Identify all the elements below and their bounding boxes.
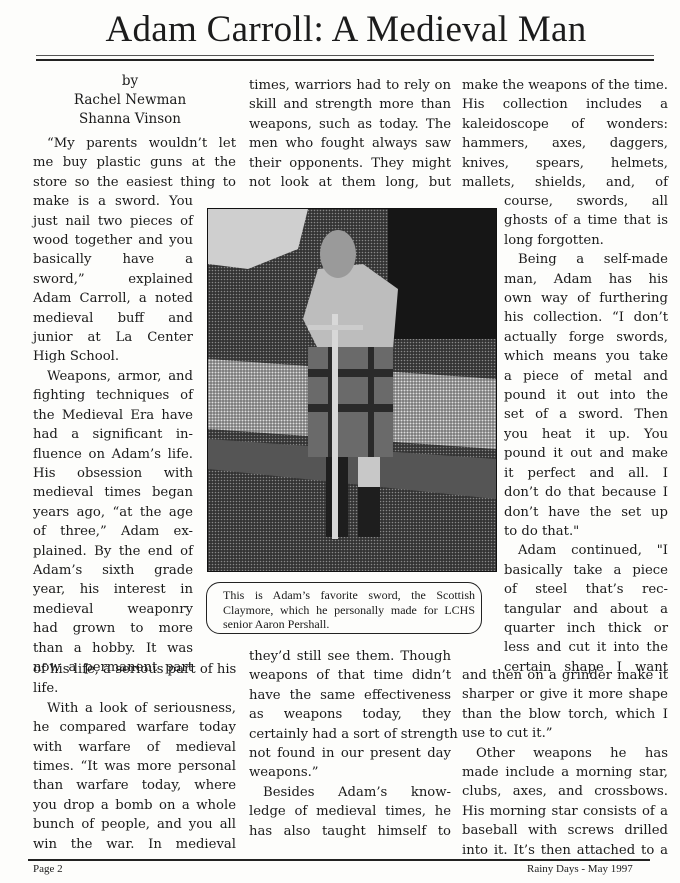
text-line: junior at La Center xyxy=(33,328,193,347)
text-line: pound it out and make xyxy=(504,444,668,463)
byline-by: by xyxy=(50,72,210,91)
text-line: use to cut it.” xyxy=(462,724,668,743)
text-line: fighting techniques of xyxy=(33,386,193,405)
byline-author-1: Rachel Newman xyxy=(50,91,210,110)
text-line: hammers, axes, daggers, xyxy=(462,134,668,153)
text-line: you heat it up. You xyxy=(504,425,668,444)
text-line: certainly had a sort of strength xyxy=(249,725,451,744)
text-line: men who fought always saw xyxy=(249,134,451,153)
text-line: His morning star consists of a xyxy=(462,802,668,821)
text-line: course, swords, all xyxy=(504,192,668,211)
text-line: medieval times began xyxy=(33,483,193,502)
column-2-lower: they’d still see them. Thoughweapons of … xyxy=(249,647,451,841)
text-line: times, warriors had to rely on xyxy=(249,76,451,95)
byline: by Rachel Newman Shanna Vinson xyxy=(50,72,210,129)
text-line: win the war. In medieval xyxy=(33,835,236,854)
text-line: own way of furthering xyxy=(504,289,668,308)
text-line: ghosts of a time that is xyxy=(504,211,668,230)
text-line: knives, spears, helmets, xyxy=(462,154,668,173)
text-line: Being a self-made xyxy=(504,250,668,269)
article-photo xyxy=(207,208,497,572)
text-line: His collection includes a xyxy=(462,95,668,114)
text-line: long forgotten. xyxy=(504,231,668,250)
text-line: years ago, “at the age xyxy=(33,503,193,522)
text-line: bunch of people, and you all xyxy=(33,815,236,834)
text-line: Other weapons he has xyxy=(462,744,668,763)
text-line: not found in our present day xyxy=(249,744,451,763)
text-line: a piece of metal and xyxy=(504,367,668,386)
text-line: than a hobby. It was xyxy=(33,639,193,658)
text-line: me buy plastic guns at the xyxy=(33,153,236,172)
text-line: plained. By the end of xyxy=(33,542,193,561)
text-line: Adam Carroll, a noted xyxy=(33,289,193,308)
text-line: clubs, axes, and crossbows. xyxy=(462,782,668,801)
text-line: they’d still see them. Though xyxy=(249,647,451,666)
photo-caption-box: This is Adam’s favorite sword, the Scott… xyxy=(206,582,482,634)
text-line: set of a sword. Then xyxy=(504,405,668,424)
text-line: with warfare of medieval xyxy=(33,738,236,757)
text-line: Adam continued, "I xyxy=(504,541,668,560)
text-line: less and cut it into the xyxy=(504,638,668,657)
text-line: and then on a grinder make it xyxy=(462,666,668,685)
photo-caption: This is Adam’s favorite sword, the Scott… xyxy=(223,588,475,632)
text-line: you drop a bomb on a whole xyxy=(33,796,236,815)
column-3-lower: and then on a grinder make itsharper or … xyxy=(462,666,668,860)
text-line: sharper or give it more shape xyxy=(462,685,668,704)
text-line: fluence on Adam’s life. xyxy=(33,445,193,464)
text-line: to do that." xyxy=(504,522,668,541)
text-line: make the weapons of the time. xyxy=(462,76,668,95)
text-line: the Medieval Era have xyxy=(33,406,193,425)
text-line: which means you take xyxy=(504,347,668,366)
article-title: Adam Carroll: A Medieval Man xyxy=(36,8,656,52)
photo-sword-claymore xyxy=(208,209,496,571)
column-2-upper: times, warriors had to rely onskill and … xyxy=(249,76,451,192)
text-line: than the blow torch, which I xyxy=(462,705,668,724)
text-line: tangular and about a xyxy=(504,600,668,619)
text-line: His obsession with xyxy=(33,464,193,483)
column-3-upper: make the weapons of the time.His collect… xyxy=(462,76,668,192)
text-line: make is a sword. You xyxy=(33,192,193,211)
title-rule-thin xyxy=(36,55,654,56)
text-line: weapons of that time didn’t xyxy=(249,666,451,685)
text-line: skill and strength more than xyxy=(249,95,451,114)
text-line: don’t have the set up xyxy=(504,503,668,522)
text-line: had grown to more xyxy=(33,619,193,638)
text-line: life. xyxy=(33,679,236,698)
title-rule-thick xyxy=(36,59,654,61)
text-line: Adam’s sixth grade xyxy=(33,561,193,580)
text-line: has also taught himself to xyxy=(249,822,451,841)
text-line: Weapons, armor, and xyxy=(33,367,193,386)
text-line: not look at them long, but xyxy=(249,173,451,192)
text-line: basically take a piece xyxy=(504,561,668,580)
text-line: made include a morning star, xyxy=(462,763,668,782)
column-3-middle: course, swords, allghosts of a time that… xyxy=(504,192,668,677)
publication-date: Rainy Days - May 1997 xyxy=(527,863,633,875)
text-line: medieval buff and xyxy=(33,309,193,328)
text-line: he compared warfare today xyxy=(33,718,236,737)
text-line: of his life, a serious part of his xyxy=(33,660,236,679)
column-1-lower: of his life, a serious part of hislife.W… xyxy=(33,660,238,854)
page-number: Page 2 xyxy=(33,863,63,875)
text-line: as weapons today, they xyxy=(249,705,451,724)
text-line: than warfare today, where xyxy=(33,776,236,795)
text-line: medieval weaponry xyxy=(33,600,193,619)
text-line: pound it out into the xyxy=(504,386,668,405)
text-line: their opponents. They might xyxy=(249,154,451,173)
text-line: sword,” explained xyxy=(33,270,193,289)
text-line: his collection. “I don’t xyxy=(504,308,668,327)
text-line: Besides Adam’s know- xyxy=(249,783,451,802)
text-line: baseball with screws drilled xyxy=(462,821,668,840)
text-line: With a look of seriousness, xyxy=(33,699,236,718)
footer-rule xyxy=(28,859,650,861)
text-line: year, his interest in xyxy=(33,580,193,599)
text-line: just nail two pieces of xyxy=(33,212,193,231)
text-line: have the same effectiveness xyxy=(249,686,451,705)
text-line: mallets, shields, and, of xyxy=(462,173,668,192)
text-line: wood together and you xyxy=(33,231,193,250)
byline-author-2: Shanna Vinson xyxy=(50,110,210,129)
text-line: man, Adam has his xyxy=(504,270,668,289)
text-line: it perfect and all. I xyxy=(504,464,668,483)
text-line: “My parents wouldn’t let xyxy=(33,134,236,153)
text-line: weapons, such as today. The xyxy=(249,115,451,134)
text-line: ledge of medieval times, he xyxy=(249,802,451,821)
text-line: don’t do that because I xyxy=(504,483,668,502)
text-line: had a significant in- xyxy=(33,425,193,444)
text-line: High School. xyxy=(33,347,193,366)
text-line: basically have a xyxy=(33,250,193,269)
text-line: into it. It’s then attached to a xyxy=(462,841,668,860)
text-line: weapons.” xyxy=(249,763,451,782)
text-line: quarter inch thick or xyxy=(504,619,668,638)
text-line: times. “It was more personal xyxy=(33,757,236,776)
text-line: of steel that’s rec- xyxy=(504,580,668,599)
text-line: of three,” Adam ex- xyxy=(33,522,193,541)
text-line: actually forge swords, xyxy=(504,328,668,347)
text-line: kaleidoscope of wonders: xyxy=(462,115,668,134)
text-line: store so the easiest thing to xyxy=(33,173,236,192)
